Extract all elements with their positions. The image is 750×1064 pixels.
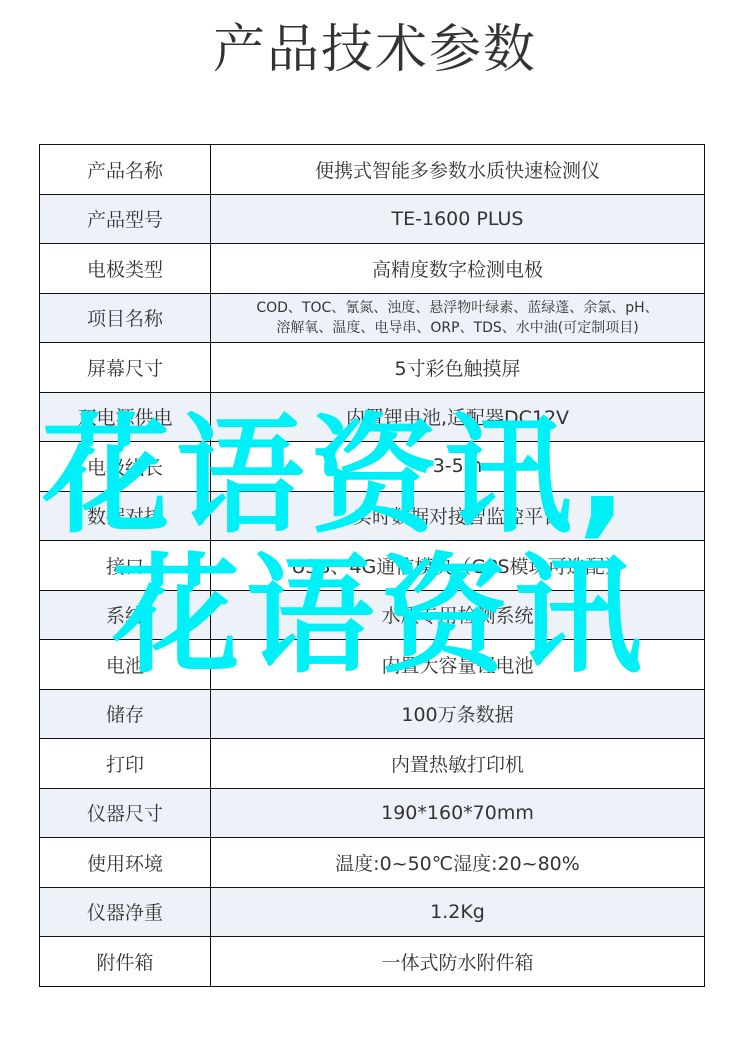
table-row: 项目名称 COD、TOC、氰氮、浊度、悬浮物叶绿素、蓝绿蓬、余氯、pH、 溶解氧… — [40, 293, 705, 343]
row-label: 数据对接 — [40, 491, 211, 541]
row-value: 190*160*70mm — [211, 788, 705, 838]
row-value-multiline: COD、TOC、氰氮、浊度、悬浮物叶绿素、蓝绿蓬、余氯、pH、 溶解氧、温度、电… — [211, 293, 705, 343]
table-row: 屏幕尺寸 5寸彩色触摸屏 — [40, 343, 705, 393]
row-label: 电池 — [40, 640, 211, 690]
row-value-line-2: 溶解氧、温度、电导串、ORP、TDS、水中油(可定制项目) — [211, 318, 704, 338]
row-value: 便携式智能多参数水质快速检测仪 — [211, 145, 705, 195]
table-row: 接口 USB、4G通信模块（GPS模块可选配） — [40, 541, 705, 591]
row-label: 储存 — [40, 689, 211, 739]
table-row: 储存 100万条数据 — [40, 689, 705, 739]
row-label: 电极线长 — [40, 442, 211, 492]
row-label: 附件箱 — [40, 937, 211, 987]
row-value: TE-1600 PLUS — [211, 194, 705, 244]
table-row: 数据对接 实时数据对接智监控平台 — [40, 491, 705, 541]
row-value: 内置锂电池,适配器DC12V — [211, 392, 705, 442]
row-value: 水质专用检测系统 — [211, 590, 705, 640]
row-value: 温度:0~50℃湿度:20~80% — [211, 838, 705, 888]
row-value-line-1: COD、TOC、氰氮、浊度、悬浮物叶绿素、蓝绿蓬、余氯、pH、 — [211, 298, 704, 318]
spec-table: 产品名称 便携式智能多参数水质快速检测仪 产品型号 TE-1600 PLUS 电… — [39, 144, 705, 987]
table-row: 电池 内置大容量锂电池 — [40, 640, 705, 690]
table-row: 系统 水质专用检测系统 — [40, 590, 705, 640]
row-value: 100万条数据 — [211, 689, 705, 739]
row-label: 接口 — [40, 541, 211, 591]
row-label: 双电源供电 — [40, 392, 211, 442]
row-value: 内置热敏打印机 — [211, 739, 705, 789]
table-row: 仪器净重 1.2Kg — [40, 887, 705, 937]
table-row: 电极类型 高精度数字检测电极 — [40, 244, 705, 294]
row-value: 5寸彩色触摸屏 — [211, 343, 705, 393]
table-row: 双电源供电 内置锂电池,适配器DC12V — [40, 392, 705, 442]
table-row: 仪器尺寸 190*160*70mm — [40, 788, 705, 838]
row-label: 仪器尺寸 — [40, 788, 211, 838]
row-value: 3-5m — [211, 442, 705, 492]
table-row: 附件箱 一体式防水附件箱 — [40, 937, 705, 987]
row-value: 一体式防水附件箱 — [211, 937, 705, 987]
table-row: 电极线长 3-5m — [40, 442, 705, 492]
row-value: 1.2Kg — [211, 887, 705, 937]
row-value: 高精度数字检测电极 — [211, 244, 705, 294]
row-value: 内置大容量锂电池 — [211, 640, 705, 690]
row-label: 屏幕尺寸 — [40, 343, 211, 393]
table-row: 打印 内置热敏打印机 — [40, 739, 705, 789]
row-label: 项目名称 — [40, 293, 211, 343]
table-row: 使用环境 温度:0~50℃湿度:20~80% — [40, 838, 705, 888]
row-label: 系统 — [40, 590, 211, 640]
row-label: 使用环境 — [40, 838, 211, 888]
row-label: 产品型号 — [40, 194, 211, 244]
row-label: 仪器净重 — [40, 887, 211, 937]
row-value: USB、4G通信模块（GPS模块可选配） — [211, 541, 705, 591]
row-label: 电极类型 — [40, 244, 211, 294]
table-row: 产品型号 TE-1600 PLUS — [40, 194, 705, 244]
table-row: 产品名称 便携式智能多参数水质快速检测仪 — [40, 145, 705, 195]
row-label: 产品名称 — [40, 145, 211, 195]
row-label: 打印 — [40, 739, 211, 789]
row-value: 实时数据对接智监控平台 — [211, 491, 705, 541]
page-title: 产品技术参数 — [0, 18, 750, 82]
